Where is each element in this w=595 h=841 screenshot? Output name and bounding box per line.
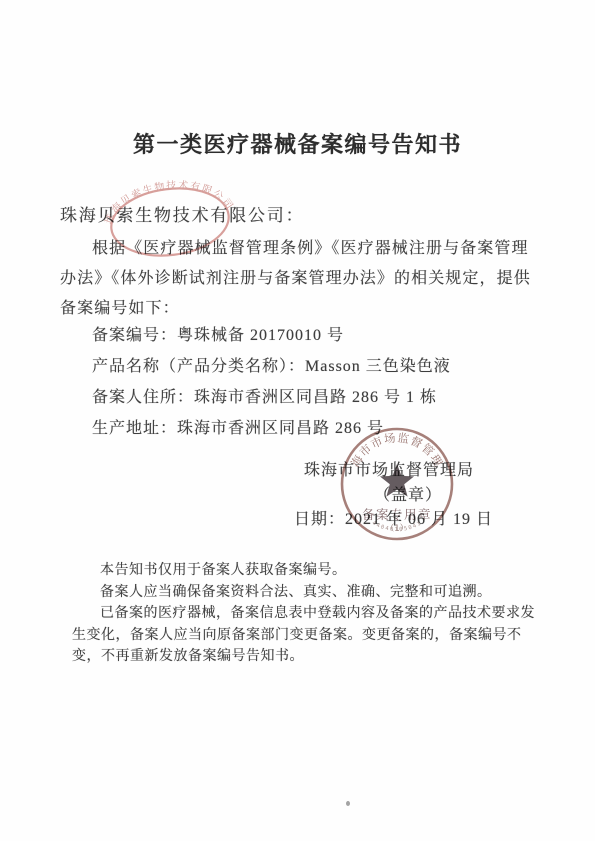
field-label: 备案人住所： <box>92 389 194 406</box>
svg-text:珠海市市场监督管理局: 珠海市市场监督管理局 <box>315 402 446 470</box>
document-page: 第一类医疗器械备案编号告知书 珠海贝索生物技术有限公司： 根据《医疗器械监督管理… <box>0 0 595 841</box>
page-title: 第一类医疗器械备案编号告知书 <box>0 128 595 159</box>
field-product-name: 产品名称（产品分类名称）：Masson 三色染色液 <box>92 351 451 382</box>
official-round-stamp: 珠海市市场监督管理局 备案专用章 （1） 44040105041 <box>315 402 479 566</box>
field-label: 备案编号： <box>92 327 177 344</box>
field-value: 粤珠械备 20170010 号 <box>177 327 344 344</box>
footer-notes: 本告知书仅用于备案人获取备案编号。 备案人应当确保备案资料合法、真实、准确、完整… <box>72 560 546 668</box>
stamp-ring-text: 珠海市市场监督管理局 <box>315 402 446 470</box>
note-line: 本告知书仅用于备案人获取备案编号。 <box>72 560 546 582</box>
star-icon <box>380 464 414 497</box>
scan-speck <box>346 801 350 806</box>
field-label: 产品名称（产品分类名称）： <box>92 358 305 375</box>
note-line: 已备案的医疗器械，备案信息表中登载内容及备案的产品技术要求发生变化，备案人应当向… <box>72 603 546 668</box>
field-label: 生产地址： <box>92 420 177 437</box>
company-oval-stamp: 珠海贝索生物技术有限公司 <box>96 175 244 269</box>
field-record-number: 备案编号：粤珠械备 20170010 号 <box>92 320 451 351</box>
company-stamp-text: 珠海贝索生物技术有限公司 <box>97 175 236 227</box>
field-value: Masson 三色染色液 <box>305 358 451 375</box>
stamp-banner-text: 备案专用章 <box>362 507 432 522</box>
svg-text:珠海贝索生物技术有限公司: 珠海贝索生物技术有限公司 <box>97 175 236 227</box>
note-line: 备案人应当确保备案资料合法、真实、准确、完整和可追溯。 <box>72 582 546 604</box>
